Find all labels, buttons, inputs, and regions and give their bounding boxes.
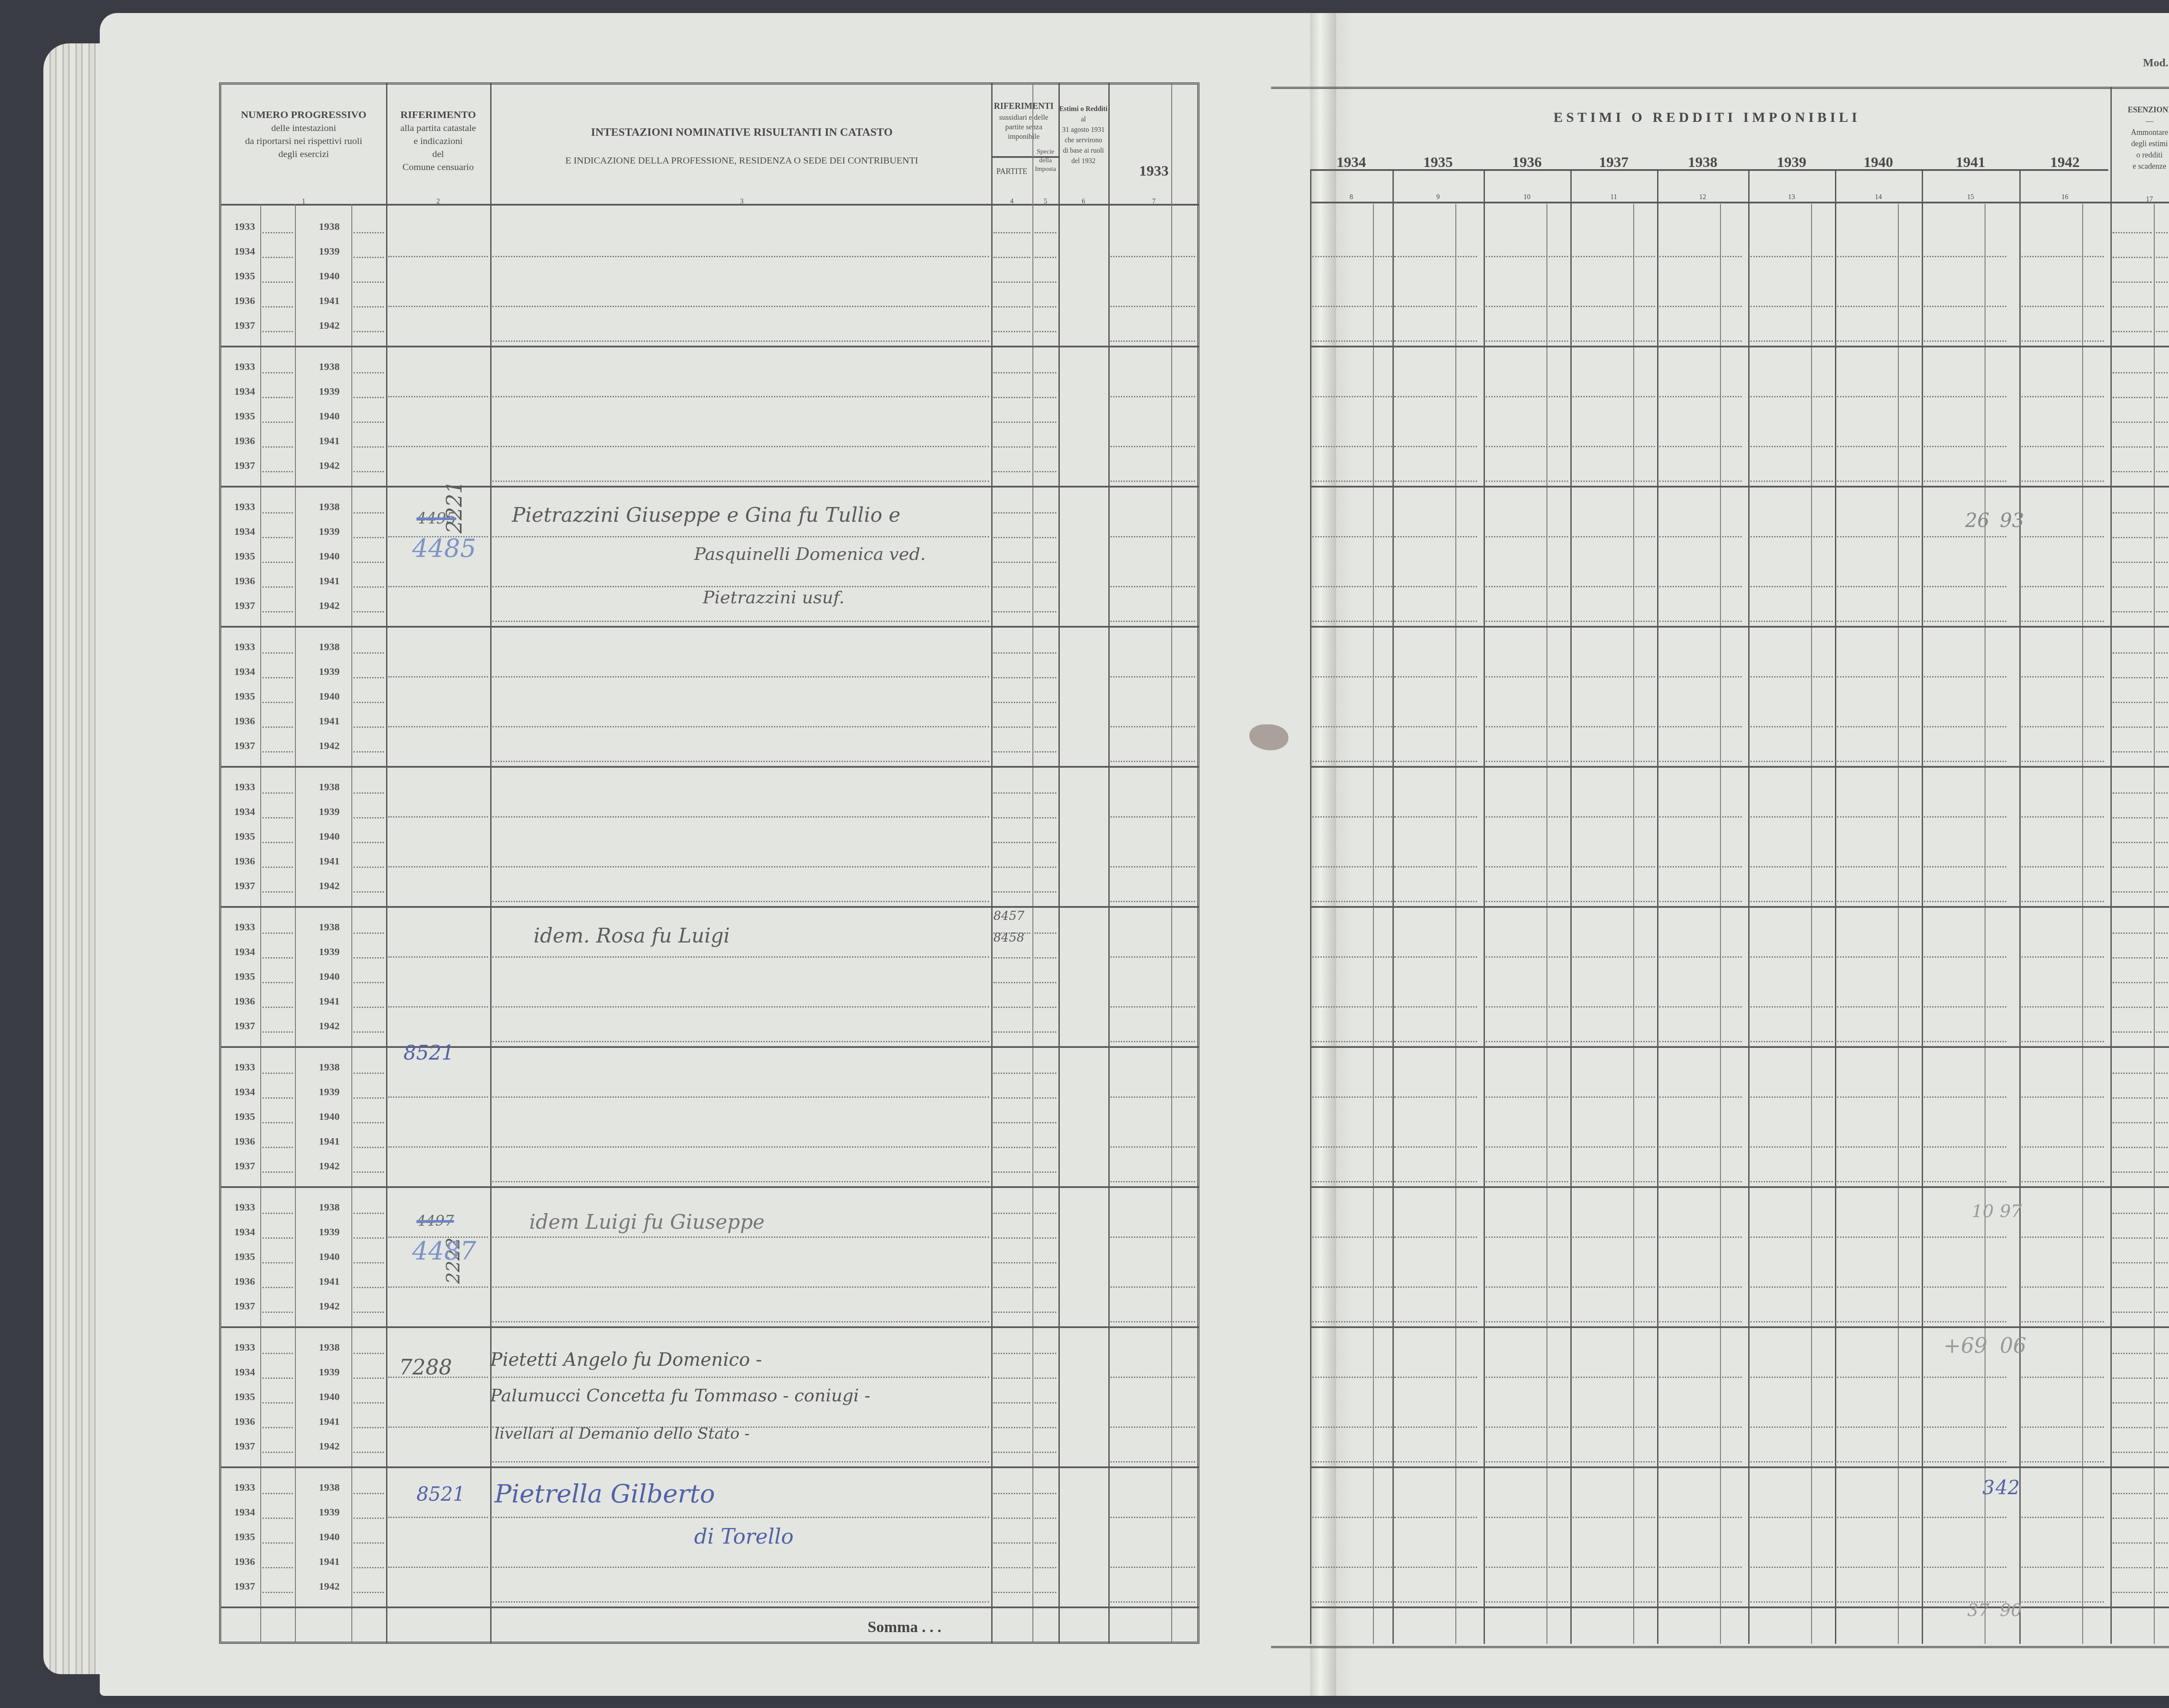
dotted-line [1924, 866, 2006, 867]
dotted-leader [2113, 306, 2152, 308]
dotted-leader [993, 537, 1030, 538]
dotted-leader [262, 471, 293, 472]
year-label: 1936 [234, 996, 255, 1008]
dotted-leader [354, 817, 384, 818]
dotted-line [1924, 586, 2006, 587]
dotted-line [1750, 396, 1833, 397]
dotted-leader [2156, 281, 2169, 283]
dotted-leader [2113, 1007, 2152, 1008]
owner-name-line: livellari al Demanio dello Stato - [495, 1425, 750, 1443]
dotted-leader [1035, 726, 1056, 728]
dotted-leader [2156, 446, 2169, 448]
dotted-leader [2156, 257, 2169, 258]
dotted-line [1111, 901, 1195, 902]
dotted-line [1312, 256, 1395, 257]
dotted-leader [354, 512, 384, 514]
dotted-line [1837, 866, 1920, 867]
dotted-line [2022, 816, 2104, 818]
dotted-leader [262, 562, 293, 563]
dotted-leader [1035, 1031, 1056, 1033]
dotted-line [1924, 1461, 2006, 1463]
dotted-leader [262, 792, 293, 794]
dotted-leader [2156, 586, 2169, 588]
dotted-leader [1035, 331, 1056, 332]
dotted-leader [993, 702, 1030, 703]
dotted-leader [262, 1097, 293, 1099]
dotted-leader [262, 677, 293, 678]
dotted-line [2022, 761, 2104, 762]
dotted-line [1837, 1567, 1920, 1568]
dotted-leader [354, 397, 384, 398]
header-esenzioni: ESENZIONI — Ammontare degli estimi o red… [2110, 104, 2169, 172]
dotted-leader [2113, 1493, 2152, 1494]
dotted-line [1659, 1427, 1742, 1428]
dotted-leader [2156, 867, 2169, 868]
year-label: 1934 [234, 1507, 255, 1518]
dotted-leader [354, 1262, 384, 1263]
dotted-line [1750, 676, 1833, 677]
dotted-line [1924, 1321, 2006, 1322]
dotted-line [1659, 446, 1742, 447]
dotted-line [1111, 1461, 1195, 1463]
dotted-line [2022, 1427, 2104, 1428]
dotted-line [1750, 866, 1833, 867]
dotted-line [1750, 1096, 1833, 1098]
dotted-leader [354, 1378, 384, 1379]
year-label: 1934 [234, 1367, 255, 1378]
year-label: 1937 [234, 1441, 255, 1453]
dotted-line [1837, 1601, 1920, 1603]
year-label: 1941 [319, 576, 340, 587]
column-number: 7 [1111, 195, 1197, 208]
year-label: 1933 [234, 1342, 255, 1354]
dotted-leader [2113, 1353, 2152, 1354]
year-label: 1934 [234, 246, 255, 258]
dotted-leader [262, 1353, 293, 1354]
dotted-leader [1035, 471, 1056, 472]
dotted-line [1573, 1461, 1655, 1463]
dotted-line [1659, 1181, 1742, 1182]
dotted-line [1312, 901, 1395, 902]
dotted-leader [262, 1427, 293, 1428]
dotted-leader [2113, 726, 2152, 728]
dotted-leader [262, 537, 293, 538]
dotted-line [2022, 536, 2104, 537]
dotted-leader [262, 586, 293, 588]
year-label: 1937 [234, 1161, 255, 1172]
dotted-line [1486, 586, 1568, 587]
dotted-line [2022, 726, 2104, 727]
dotted-leader [1035, 933, 1056, 934]
dotted-leader [354, 1213, 384, 1214]
dotted-leader [262, 726, 293, 728]
year-label: 1942 [319, 320, 340, 332]
dotted-leader [354, 702, 384, 703]
dotted-line [1111, 621, 1195, 622]
dotted-line [1924, 1517, 2006, 1518]
year-label: 1942 [319, 1161, 340, 1172]
dotted-line [2022, 1041, 2104, 1042]
dotted-leader [993, 1262, 1030, 1263]
dotted-line [492, 340, 989, 342]
dotted-line [1837, 816, 1920, 818]
column-divider [1108, 82, 1110, 1644]
dotted-leader [354, 1147, 384, 1148]
header-partite: PARTITE [991, 165, 1032, 178]
dotted-line [492, 676, 989, 677]
dotted-line [1312, 1096, 1395, 1098]
dotted-line [1573, 536, 1655, 537]
dotted-line [1659, 1237, 1742, 1238]
dotted-leader [2113, 1147, 2152, 1148]
header-sub: e indicazioni [386, 134, 490, 147]
dotted-line [1111, 446, 1195, 447]
dotted-line [1924, 256, 2006, 257]
dotted-line [1111, 1006, 1195, 1008]
dotted-leader [993, 232, 1030, 233]
dotted-line [1750, 1377, 1833, 1378]
header-intestazioni: INTESTAZIONI NOMINATIVE RISULTANTI IN CA… [495, 126, 989, 139]
block-separator [221, 766, 1199, 768]
dotted-line [1750, 306, 1833, 307]
year-label: 1938 [319, 221, 340, 233]
dotted-leader [2156, 1427, 2169, 1428]
year-label: 1933 [234, 501, 255, 513]
column-divider [991, 82, 993, 1644]
column-number: 17 [2110, 193, 2169, 206]
dotted-line [1924, 621, 2006, 622]
dotted-line [1312, 1567, 1395, 1568]
dotted-line [1486, 1567, 1568, 1568]
dotted-line [1837, 1517, 1920, 1518]
dotted-leader [2113, 611, 2152, 612]
dotted-line [388, 306, 488, 307]
dotted-leader [993, 982, 1030, 983]
dotted-leader [1035, 792, 1056, 794]
year-label: 1937 [234, 460, 255, 472]
dotted-leader [1035, 281, 1056, 283]
dotted-line [388, 956, 488, 958]
year-label: 1938 [319, 782, 340, 793]
block-separator [221, 1186, 1199, 1188]
dotted-line [1111, 1427, 1195, 1428]
dotted-line [1924, 956, 2006, 958]
dotted-line [1659, 1041, 1742, 1042]
dotted-line [1924, 816, 2006, 818]
partita-number: 8521 [403, 1041, 454, 1064]
dotted-leader [993, 1031, 1030, 1033]
dotted-leader [2156, 1353, 2169, 1354]
dotted-line [1395, 761, 1477, 762]
year-label: 1936 [234, 856, 255, 867]
dotted-line [1837, 446, 1920, 447]
dotted-leader [1035, 751, 1056, 753]
dotted-leader [2156, 611, 2169, 612]
year-label: 1936 [234, 1136, 255, 1148]
dotted-line [1573, 956, 1655, 958]
header-sub: alla partita catastale [386, 121, 490, 134]
column-number: 12 [1657, 191, 1748, 204]
year-label: 1938 [319, 361, 340, 373]
year-label: 1933 [234, 1062, 255, 1073]
dotted-leader [1035, 1378, 1056, 1379]
dotted-leader [262, 751, 293, 753]
dotted-leader [993, 446, 1030, 448]
year-label: 1935 [234, 271, 255, 282]
year-label: 1942 [319, 740, 340, 752]
column-divider [1032, 82, 1033, 1644]
dotted-line [1837, 1096, 1920, 1098]
owner-name-line: idem. Rosa fu Luigi [534, 924, 730, 947]
dotted-line [1837, 761, 1920, 762]
dotted-leader [2113, 1542, 2152, 1544]
dotted-leader [262, 372, 293, 373]
dotted-line [2022, 1461, 2104, 1463]
year-label: 1934 [234, 666, 255, 678]
dotted-leader [262, 1213, 293, 1214]
dotted-line [1573, 1181, 1655, 1182]
year-label: 1940 [319, 411, 340, 422]
year-label: 1938 [319, 922, 340, 933]
dotted-line [1924, 1377, 2006, 1378]
dotted-line [1837, 536, 1920, 537]
year-label: 1933 [234, 221, 255, 233]
dotted-leader [2156, 562, 2169, 563]
year-label: 1942 [319, 880, 340, 892]
block-separator [1310, 346, 2169, 347]
dotted-leader [2113, 1287, 2152, 1288]
column-divider [295, 204, 296, 1644]
year-label: 1933 [234, 922, 255, 933]
dotted-line [2022, 1006, 2104, 1008]
dotted-leader [2156, 1007, 2169, 1008]
dotted-line [1486, 1517, 1568, 1518]
dotted-line [2022, 676, 2104, 677]
partita-new: 4485 [412, 533, 476, 563]
dotted-leader [2113, 792, 2152, 794]
dotted-leader [2113, 891, 2152, 893]
dotted-line [492, 761, 989, 762]
dotted-line [1111, 1567, 1195, 1568]
dotted-leader [354, 1542, 384, 1544]
dotted-line [492, 446, 989, 447]
value-1941-dec: 06 [2000, 1334, 2026, 1358]
dotted-leader [262, 1262, 293, 1263]
dotted-line [1486, 726, 1568, 727]
left-register-table [219, 82, 1199, 1644]
dotted-line [1837, 1377, 1920, 1378]
dotted-leader [2156, 422, 2169, 423]
year-label: 1934 [234, 1086, 255, 1098]
year-label: 1941 [319, 1556, 340, 1568]
header-sub: 31 agosto 1931 [1058, 125, 1108, 135]
dotted-line [1395, 676, 1477, 677]
dotted-line [1573, 1377, 1655, 1378]
dotted-line [1573, 1041, 1655, 1042]
dotted-line [1837, 396, 1920, 397]
dotted-line [1659, 676, 1742, 677]
year-label: 1941 [319, 856, 340, 867]
dotted-leader [1035, 1592, 1056, 1593]
dotted-leader [354, 257, 384, 258]
owner-name-line: Pietrazzini Giuseppe e Gina fu Tullio e [512, 503, 901, 527]
dotted-line [1659, 901, 1742, 902]
year-label: 1941 [319, 996, 340, 1008]
block-separator [221, 346, 1199, 347]
year-label: 1940 [319, 691, 340, 703]
dotted-line [1924, 1041, 2006, 1042]
year-label: 1936 [234, 1276, 255, 1288]
dotted-leader [262, 1237, 293, 1239]
dotted-line [1573, 256, 1655, 257]
dotted-leader [993, 1402, 1030, 1404]
dotted-line [1837, 481, 1920, 482]
year-label: 1933 [234, 782, 255, 793]
dotted-line [2022, 586, 2104, 587]
dotted-leader [2156, 306, 2169, 308]
header-estimi-imponibili: ESTIMI O REDDITI IMPONIBILI [1310, 111, 2104, 124]
year-label: 1942 [319, 1441, 340, 1453]
dotted-line [1573, 306, 1655, 307]
dotted-line [2022, 446, 2104, 447]
dotted-line [492, 1286, 989, 1288]
dotted-leader [354, 1567, 384, 1568]
year-label: 1940 [319, 971, 340, 983]
year-label: 1937 [234, 320, 255, 332]
dotted-leader [2113, 1073, 2152, 1074]
dotted-leader [354, 1518, 384, 1519]
dotted-leader [2113, 957, 2152, 959]
block-separator [1310, 1326, 2169, 1328]
owner-name-line: Palumucci Concetta fu Tommaso - coniugi … [490, 1386, 870, 1406]
dotted-leader [2156, 1073, 2169, 1074]
decimal-divider [1633, 204, 1634, 1644]
dotted-leader [1035, 446, 1056, 448]
dotted-line [492, 586, 989, 587]
dotted-leader [993, 867, 1030, 868]
dotted-leader [993, 422, 1030, 423]
dotted-line [1924, 1237, 2006, 1238]
dotted-line [2022, 306, 2104, 307]
dotted-line [1659, 1567, 1742, 1568]
dotted-line [1111, 1041, 1195, 1042]
dotted-line [1659, 1517, 1742, 1518]
header-sub: Ammontare [2110, 127, 2169, 138]
dotted-line [388, 446, 488, 447]
dotted-leader [993, 257, 1030, 258]
dotted-leader [2113, 1378, 2152, 1379]
dotted-line [1111, 1321, 1195, 1322]
block-separator [221, 906, 1199, 908]
header-year-1935: 1935 [1392, 156, 1484, 169]
header-year-1937: 1937 [1570, 156, 1657, 169]
dotted-line [1924, 761, 2006, 762]
dotted-line [492, 1146, 989, 1148]
header-year-1942: 1942 [2019, 156, 2110, 169]
dotted-line [1750, 1006, 1833, 1008]
dotted-leader [993, 751, 1030, 753]
header-intestazioni-sub: E INDICAZIONE DELLA PROFESSIONE, RESIDEN… [495, 154, 989, 167]
dotted-leader [2113, 232, 2152, 233]
dotted-leader [2113, 471, 2152, 472]
dotted-line [492, 306, 989, 307]
dotted-line [1312, 1601, 1395, 1603]
dotted-leader [262, 1287, 293, 1288]
dotted-line [492, 1517, 989, 1518]
dotted-leader [262, 1031, 293, 1033]
dotted-line [1750, 1181, 1833, 1182]
dotted-line [1659, 1006, 1742, 1008]
decimal-divider [2082, 204, 2083, 1644]
dotted-line [1837, 621, 1920, 622]
block-separator [221, 1326, 1199, 1328]
dotted-line [1837, 1237, 1920, 1238]
header-year-1940: 1940 [1835, 156, 1922, 169]
dotted-line [1395, 586, 1477, 587]
dotted-leader [2113, 1122, 2152, 1123]
dotted-leader [1035, 1237, 1056, 1239]
dotted-leader [2156, 702, 2169, 703]
dotted-leader [1035, 1312, 1056, 1313]
dotted-line [1659, 866, 1742, 867]
dotted-leader [2156, 726, 2169, 728]
year-label: 1936 [234, 1416, 255, 1428]
dotted-leader [2113, 1452, 2152, 1453]
dotted-line [1750, 1237, 1833, 1238]
dotted-line [1750, 956, 1833, 958]
dotted-line [1486, 306, 1568, 307]
dotted-line [1573, 816, 1655, 818]
year-label: 1940 [319, 271, 340, 282]
dotted-leader [2113, 331, 2152, 332]
dotted-line [492, 1006, 989, 1008]
dotted-leader [2156, 1031, 2169, 1033]
dotted-leader [354, 372, 384, 373]
dotted-leader [2156, 1097, 2169, 1099]
dotted-line [2022, 340, 2104, 342]
column-number: 14 [1835, 191, 1922, 204]
dotted-line [1395, 1237, 1477, 1238]
year-label: 1937 [234, 1301, 255, 1312]
dotted-leader [993, 1353, 1030, 1354]
dotted-line [388, 1096, 488, 1098]
header-sub: degli estimi [2110, 138, 2169, 149]
dotted-leader [262, 1147, 293, 1148]
dotted-leader [262, 867, 293, 868]
dotted-leader [354, 611, 384, 612]
dotted-leader [354, 842, 384, 843]
dotted-line [1750, 1286, 1833, 1288]
dotted-line [1312, 676, 1395, 677]
partita-number: 8521 [416, 1483, 465, 1505]
dotted-leader [2156, 677, 2169, 678]
dotted-line [1111, 306, 1195, 307]
dotted-leader [2113, 1031, 2152, 1033]
dotted-line [1837, 586, 1920, 587]
owner-name-line: Pietrazzini usuf. [703, 588, 845, 608]
dotted-line [1111, 256, 1195, 257]
year-label: 1942 [319, 600, 340, 612]
decimal-divider [1985, 204, 1986, 1644]
year-label: 1935 [234, 551, 255, 563]
dotted-line [1486, 340, 1568, 342]
dotted-leader [2156, 1262, 2169, 1263]
dotted-line [1312, 536, 1395, 537]
dotted-leader [262, 1122, 293, 1123]
year-label: 1935 [234, 691, 255, 703]
year-label: 1937 [234, 600, 255, 612]
dotted-line [1573, 1006, 1655, 1008]
